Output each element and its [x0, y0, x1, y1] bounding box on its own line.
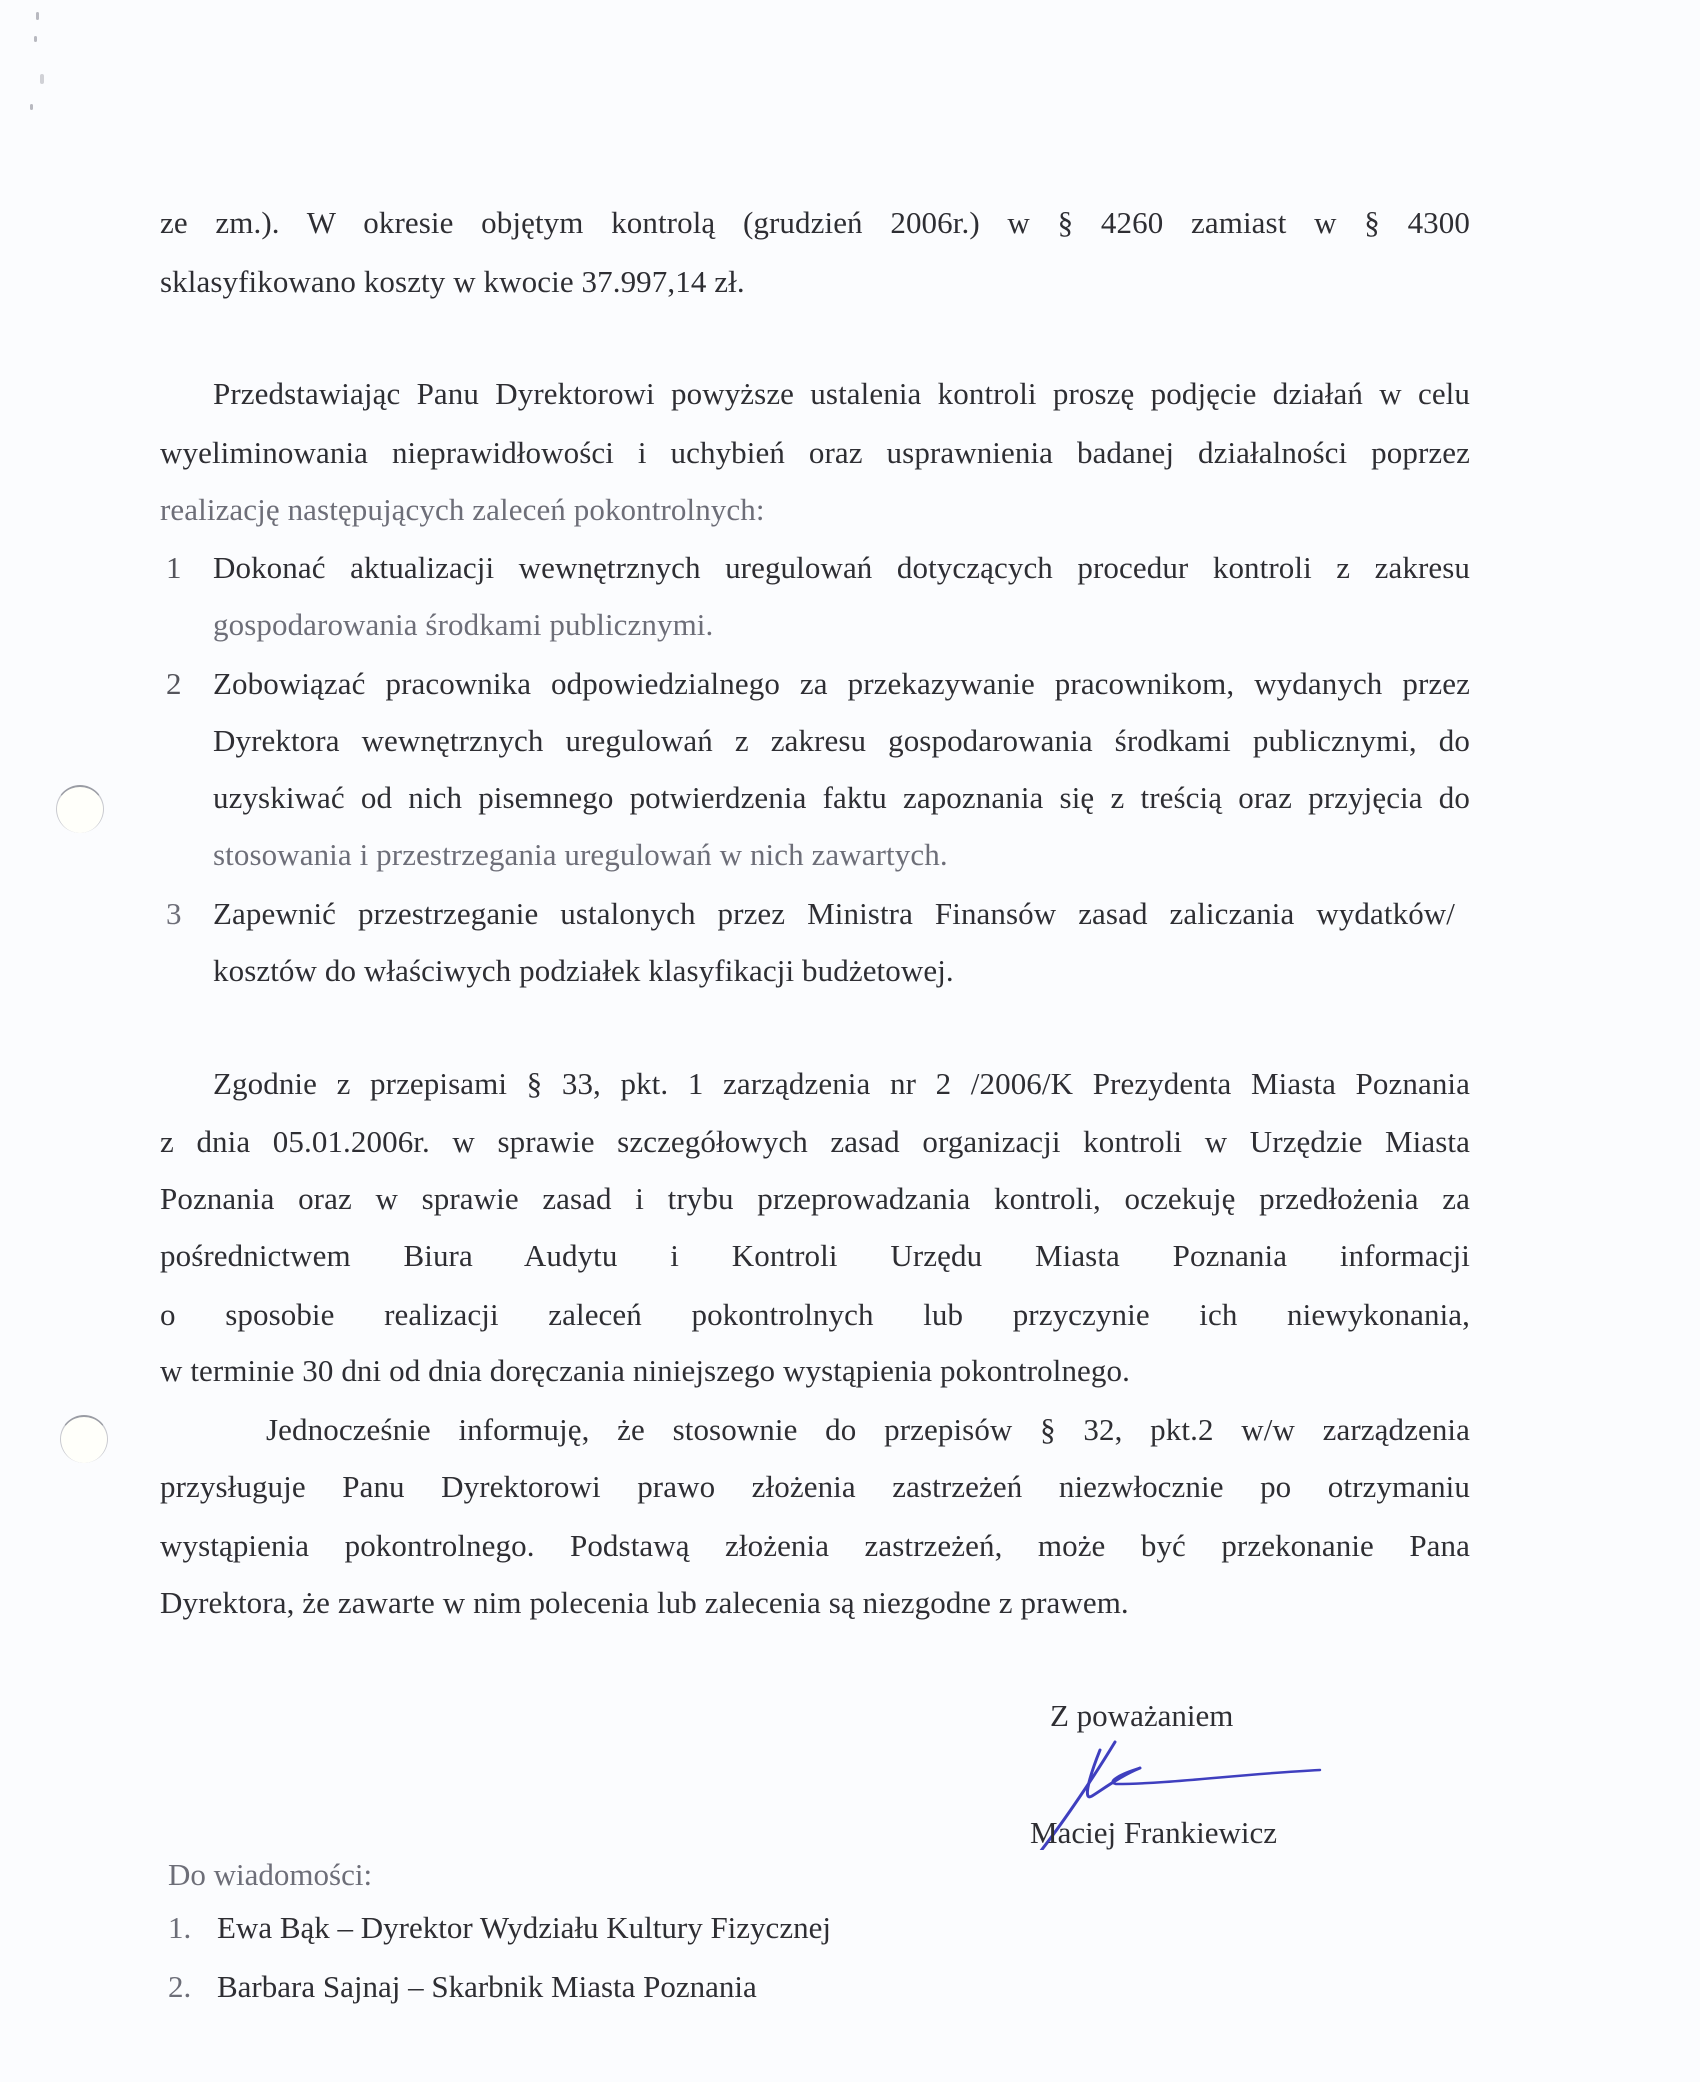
list-number: 2	[166, 664, 182, 704]
list-number: 1	[166, 548, 182, 588]
body-line: ze zm.). W okresie objętym kontrolą (gru…	[160, 203, 1470, 243]
signatory-name: Maciej Frankiewicz	[1030, 1813, 1277, 1853]
body-line: Jednocześnie informuję, że stosownie do …	[266, 1410, 1470, 1450]
cc-number: 1.	[168, 1908, 191, 1948]
body-line: Przedstawiając Panu Dyrektorowi powyższe…	[213, 374, 1470, 414]
scan-mark	[30, 104, 33, 110]
cc-number: 2.	[168, 1967, 191, 2007]
list-item-line: Dyrektora wewnętrznych uregulowań z zakr…	[213, 721, 1470, 761]
scan-mark	[34, 36, 37, 42]
punch-hole	[60, 1415, 108, 1463]
list-item-line: uzyskiwać od nich pisemnego potwierdzeni…	[213, 778, 1470, 818]
list-number: 3	[166, 894, 182, 934]
list-item-line: Zobowiązać pracownika odpowiedzialnego z…	[213, 664, 1470, 704]
punch-hole	[56, 785, 104, 833]
body-line: pośrednictwem Biura Audytu i Kontroli Ur…	[160, 1236, 1470, 1276]
body-line: sklasyfikowano koszty w kwocie 37.997,14…	[160, 262, 1470, 302]
body-line: Dyrektora, że zawarte w nim polecenia lu…	[160, 1583, 1470, 1623]
body-line: z dnia 05.01.2006r. w sprawie szczegółow…	[160, 1122, 1470, 1162]
cc-heading: Do wiadomości:	[168, 1855, 372, 1895]
body-line: wystąpienia pokontrolnego. Podstawą złoż…	[160, 1526, 1470, 1566]
list-item-line: gospodarowania środkami publicznymi.	[213, 605, 1470, 645]
body-line: przysługuje Panu Dyrektorowi prawo złoże…	[160, 1467, 1470, 1507]
list-item-line: stosowania i przestrzegania uregulowań w…	[213, 835, 1470, 875]
body-line: wyeliminowania nieprawidłowości i uchybi…	[160, 433, 1470, 473]
body-line: Zgodnie z przepisami § 33, pkt. 1 zarząd…	[213, 1064, 1470, 1104]
list-item-line: Zapewnić przestrzeganie ustalonych przez…	[213, 894, 1455, 934]
scan-mark	[36, 12, 39, 20]
cc-recipient: Barbara Sajnaj – Skarbnik Miasta Poznani…	[217, 1967, 757, 2007]
body-line: Poznania oraz w sprawie zasad i trybu pr…	[160, 1179, 1470, 1219]
body-line: realizację następujących zaleceń pokontr…	[160, 490, 1470, 530]
scan-mark	[40, 74, 44, 84]
scanned-letter-page: ze zm.). W okresie objętym kontrolą (gru…	[0, 0, 1700, 2082]
list-item-line: Dokonać aktualizacji wewnętrznych uregul…	[213, 548, 1470, 588]
body-line: w terminie 30 dni od dnia doręczania nin…	[160, 1351, 1470, 1391]
body-line: o sposobie realizacji zaleceń pokontroln…	[160, 1295, 1470, 1335]
list-item-line: kosztów do właściwych podziałek klasyfik…	[213, 951, 1470, 991]
cc-recipient: Ewa Bąk – Dyrektor Wydziału Kultury Fizy…	[217, 1908, 831, 1948]
